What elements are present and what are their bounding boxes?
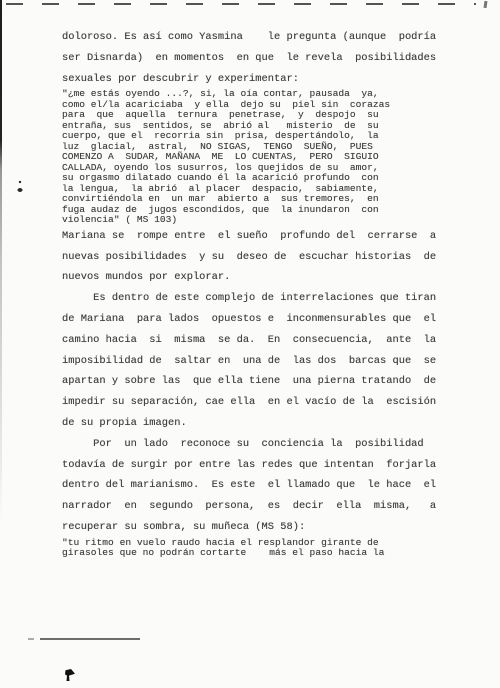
paragraph-conciencia: Por un lado reconoce su conciencia la po…: [62, 434, 454, 538]
page-text-block: doloroso. Es así como Yasmina le pregunt…: [62, 27, 454, 559]
scan-artifact-left-edge: [0, 0, 2, 520]
arrow-flag-icon: [65, 669, 75, 681]
paragraph-continuation: doloroso. Es así como Yasmina le pregunt…: [62, 27, 454, 89]
scanned-document-page: doloroso. Es así como Yasmina le pregunt…: [0, 0, 500, 688]
block-quote-ms103: "¿me estás oyendo ...?, si, la oía conta…: [62, 89, 454, 226]
scan-artifact-corner-mark: [484, 1, 488, 8]
scan-artifact-top-edge: [6, 3, 476, 5]
paragraph-interrelaciones: Es dentro de este complejo de interrelac…: [62, 288, 454, 434]
scan-artifact-bottom-line: [28, 638, 140, 640]
block-quote-ms58: "tu ritmo en vuelo raudo hacia el respla…: [62, 538, 454, 559]
paragraph-mariana: Mariana se rompe entre el sueño profundo…: [62, 226, 454, 288]
handwritten-margin-mark: [16, 180, 24, 193]
